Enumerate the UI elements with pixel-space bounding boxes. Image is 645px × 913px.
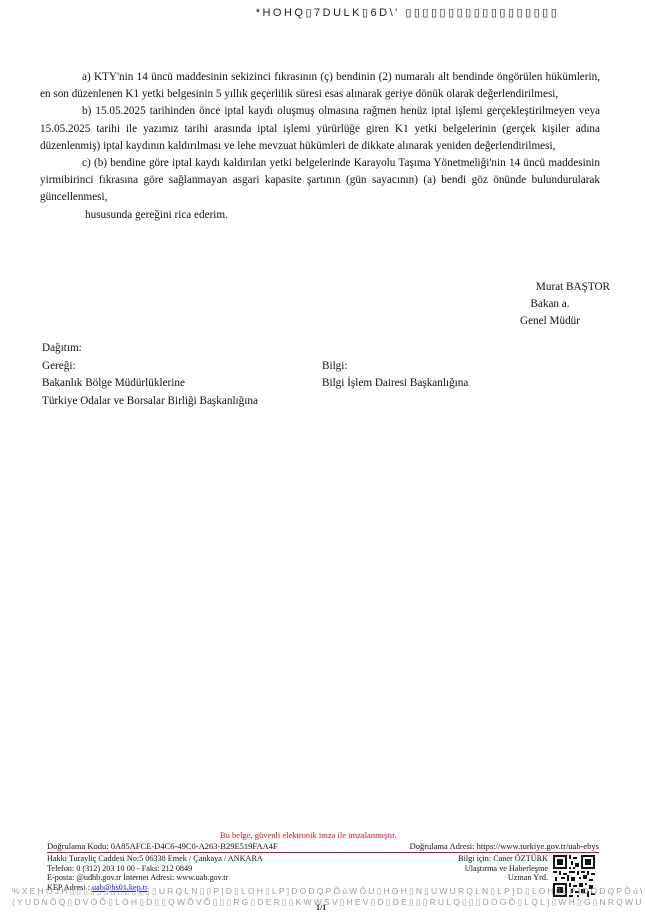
verification-row: Doğrulama Kodu: 0A85AFCE-D4C6-49C0-A263-… [47, 841, 599, 853]
letter-body: a) KTY'nin 14 üncü maddesinin sekizinci … [40, 69, 600, 224]
contact-department: Ulaştırma ve Haberleşme [430, 864, 548, 874]
email-web: E-posta: @udhb.gov.tr İnternet Adresi: w… [47, 873, 263, 883]
closing-line: hususunda gereğini rica ederim. [40, 207, 600, 224]
distribution-action-column: Gereği: Bakanlık Bölge Müdürlüklerine Tü… [42, 358, 322, 411]
e-signature-note: Bu belge, güvenli elektronik imza ile im… [220, 830, 397, 840]
distribution-info-column: Bilgi: Bilgi İşlem Dairesi Başkanlığına [322, 358, 602, 411]
contact-role: Uzman Yrd. [430, 873, 548, 883]
action-recipient: Bakanlık Bölge Müdürlüklerine [42, 375, 322, 393]
paragraph-c: c) (b) bendine göre iptal kaydı kaldırıl… [40, 155, 600, 207]
postal-address: Hakkı Turayliç Caddesi No:5 06338 Emek /… [47, 854, 263, 864]
footer-garbled-line-1: %XEHOJH▯▯▯▯▯▯▯▯▯▯▯▯▯URQLN▯▯P]D▯LOH▯LP]DO… [12, 886, 642, 897]
verification-address[interactable]: Doğrulama Adresi: https://www.turkiye.go… [410, 841, 599, 851]
page-number: 1/1 [316, 903, 326, 912]
distribution-heading: Dağıtım: [42, 340, 602, 358]
distribution-block: Dağıtım: Gereği: Bakanlık Bölge Müdürlük… [42, 340, 602, 410]
action-label: Gereği: [42, 358, 322, 376]
signatory-authority: Bakan a. [490, 296, 610, 313]
document-header-garbled: *HOHQ▯7DULK▯6D\' ▯▯▯▯▯▯▯▯▯▯▯▯▯▯▯▯▯▯ [0, 6, 645, 19]
info-recipient: Bilgi İşlem Dairesi Başkanlığına [322, 375, 602, 393]
contact-person: Bilgi için: Caner ÖZTÜRK [430, 854, 548, 864]
contact-person-block: Bilgi için: Caner ÖZTÜRK Ulaştırma ve Ha… [430, 854, 548, 883]
phone-fax: Telefon: 0 (312) 203 10 00 - Faks: 212 0… [47, 864, 263, 874]
footer-garbled-line-2: (YUDNÕQ▯DVOÕ▯LOH▯D▯▯QWÕVÕ▯▯▯RG▯DER▯▯KWWS… [12, 897, 642, 908]
paragraph-a: a) KTY'nin 14 üncü maddesinin sekizinci … [40, 69, 600, 103]
verification-code: Doğrulama Kodu: 0A85AFCE-D4C6-49C0-A263-… [47, 841, 278, 851]
signatory-title: Genel Müdür [490, 313, 610, 330]
signature-block: Murat BAŞTOR Bakan a. Genel Müdür [490, 279, 610, 330]
action-recipient: Türkiye Odalar ve Borsalar Birliği Başka… [42, 393, 322, 411]
info-label: Bilgi: [322, 358, 602, 376]
signatory-name: Murat BAŞTOR [490, 279, 610, 296]
paragraph-b: b) 15.05.2025 tarihinden önce iptal kayd… [40, 103, 600, 155]
